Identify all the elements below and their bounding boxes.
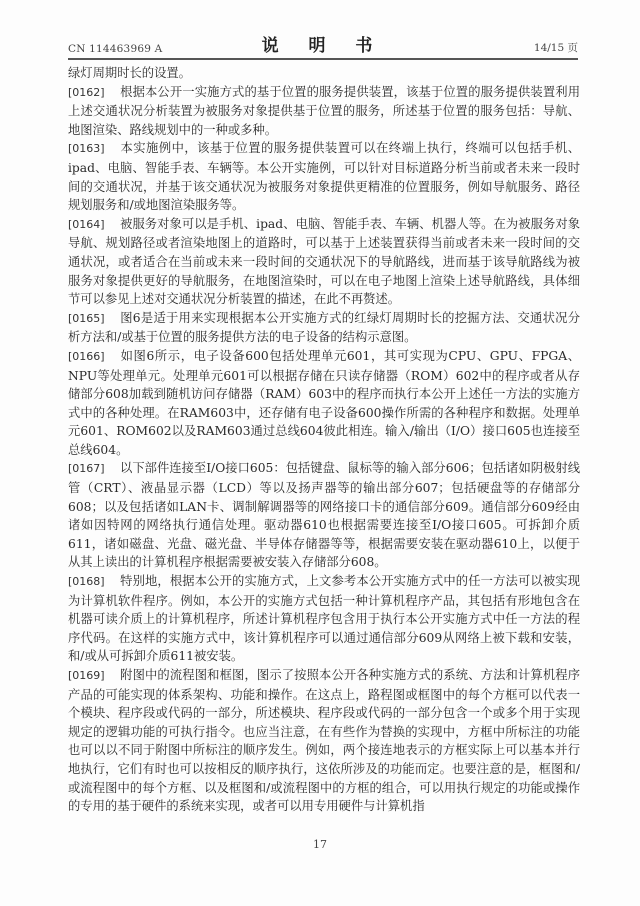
paragraph-text: 附图中的流程图和框图，图示了按照本公开各种实施方式的系统、方法和计算机程序产品的… xyxy=(68,668,580,813)
paragraph-0162: [0162]根据本公开一实施方式的基于位置的服务提供装置，该基于位置的服务提供装… xyxy=(68,83,580,140)
paragraph-number: [0166] xyxy=(68,348,120,367)
document-body: 绿灯周期时长的设置。 [0162]根据本公开一实施方式的基于位置的服务提供装置，… xyxy=(68,64,580,816)
paragraph-text: 图6是适于用来实现根据本公开实施方式的红绿灯周期时长的挖掘方法、交通状况分析方法… xyxy=(68,311,580,345)
paragraph-number: [0164] xyxy=(68,216,120,235)
page-count: 14/15 页 xyxy=(534,40,578,55)
paragraph-0166: [0166]如图6所示，电子设备600包括处理单元601，其可实现为CPU、GP… xyxy=(68,347,580,460)
continuation-text: 绿灯周期时长的设置。 xyxy=(68,64,580,83)
page-number: 17 xyxy=(0,838,640,851)
paragraph-number: [0162] xyxy=(68,84,120,103)
paragraph-text: 以下部件连接至I/O接口605：包括键盘、鼠标等的输入部分606；包括诸如阴极射… xyxy=(68,461,580,569)
paragraph-0164: [0164]被服务对象可以是手机、ipad、电脑、智能手表、车辆、机器人等。在为… xyxy=(68,215,580,309)
header-rule xyxy=(68,58,578,60)
paragraph-0169: [0169]附图中的流程图和框图，图示了按照本公开各种实施方式的系统、方法和计算… xyxy=(68,666,580,816)
publication-number: CN 114463969 A xyxy=(68,43,162,55)
paragraph-0168: [0168]特别地，根据本公开的实施方式，上文参考本公开实施方式中的任一方法可以… xyxy=(68,572,580,666)
paragraph-text: 本实施例中，该基于位置的服务提供装置可以在终端上执行，终端可以包括手机、ipad… xyxy=(68,141,580,212)
paragraph-number: [0165] xyxy=(68,310,120,329)
paragraph-number: [0167] xyxy=(68,460,120,479)
paragraph-0163: [0163]本实施例中，该基于位置的服务提供装置可以在终端上执行，终端可以包括手… xyxy=(68,139,580,214)
paragraph-text: 特别地，根据本公开的实施方式，上文参考本公开实施方式中的任一方法可以被实现为计算… xyxy=(68,574,580,663)
page-header: CN 114463969 A 说 明 书 14/15 页 xyxy=(68,36,578,58)
paragraph-0165: [0165]图6是适于用来实现根据本公开实施方式的红绿灯周期时长的挖掘方法、交通… xyxy=(68,309,580,347)
document-page: CN 114463969 A 说 明 书 14/15 页 绿灯周期时长的设置。 … xyxy=(0,0,640,906)
paragraph-number: [0169] xyxy=(68,667,120,686)
paragraph-text: 如图6所示，电子设备600包括处理单元601，其可实现为CPU、GPU、FPGA… xyxy=(68,349,580,457)
paragraph-0167: [0167]以下部件连接至I/O接口605：包括键盘、鼠标等的输入部分606；包… xyxy=(68,459,580,572)
document-title: 说 明 书 xyxy=(262,31,385,56)
paragraph-text: 根据本公开一实施方式的基于位置的服务提供装置，该基于位置的服务提供装置利用上述交… xyxy=(68,85,580,137)
paragraph-number: [0163] xyxy=(68,140,120,159)
paragraph-text: 被服务对象可以是手机、ipad、电脑、智能手表、车辆、机器人等。在为被服务对象导… xyxy=(68,217,580,306)
paragraph-number: [0168] xyxy=(68,573,120,592)
